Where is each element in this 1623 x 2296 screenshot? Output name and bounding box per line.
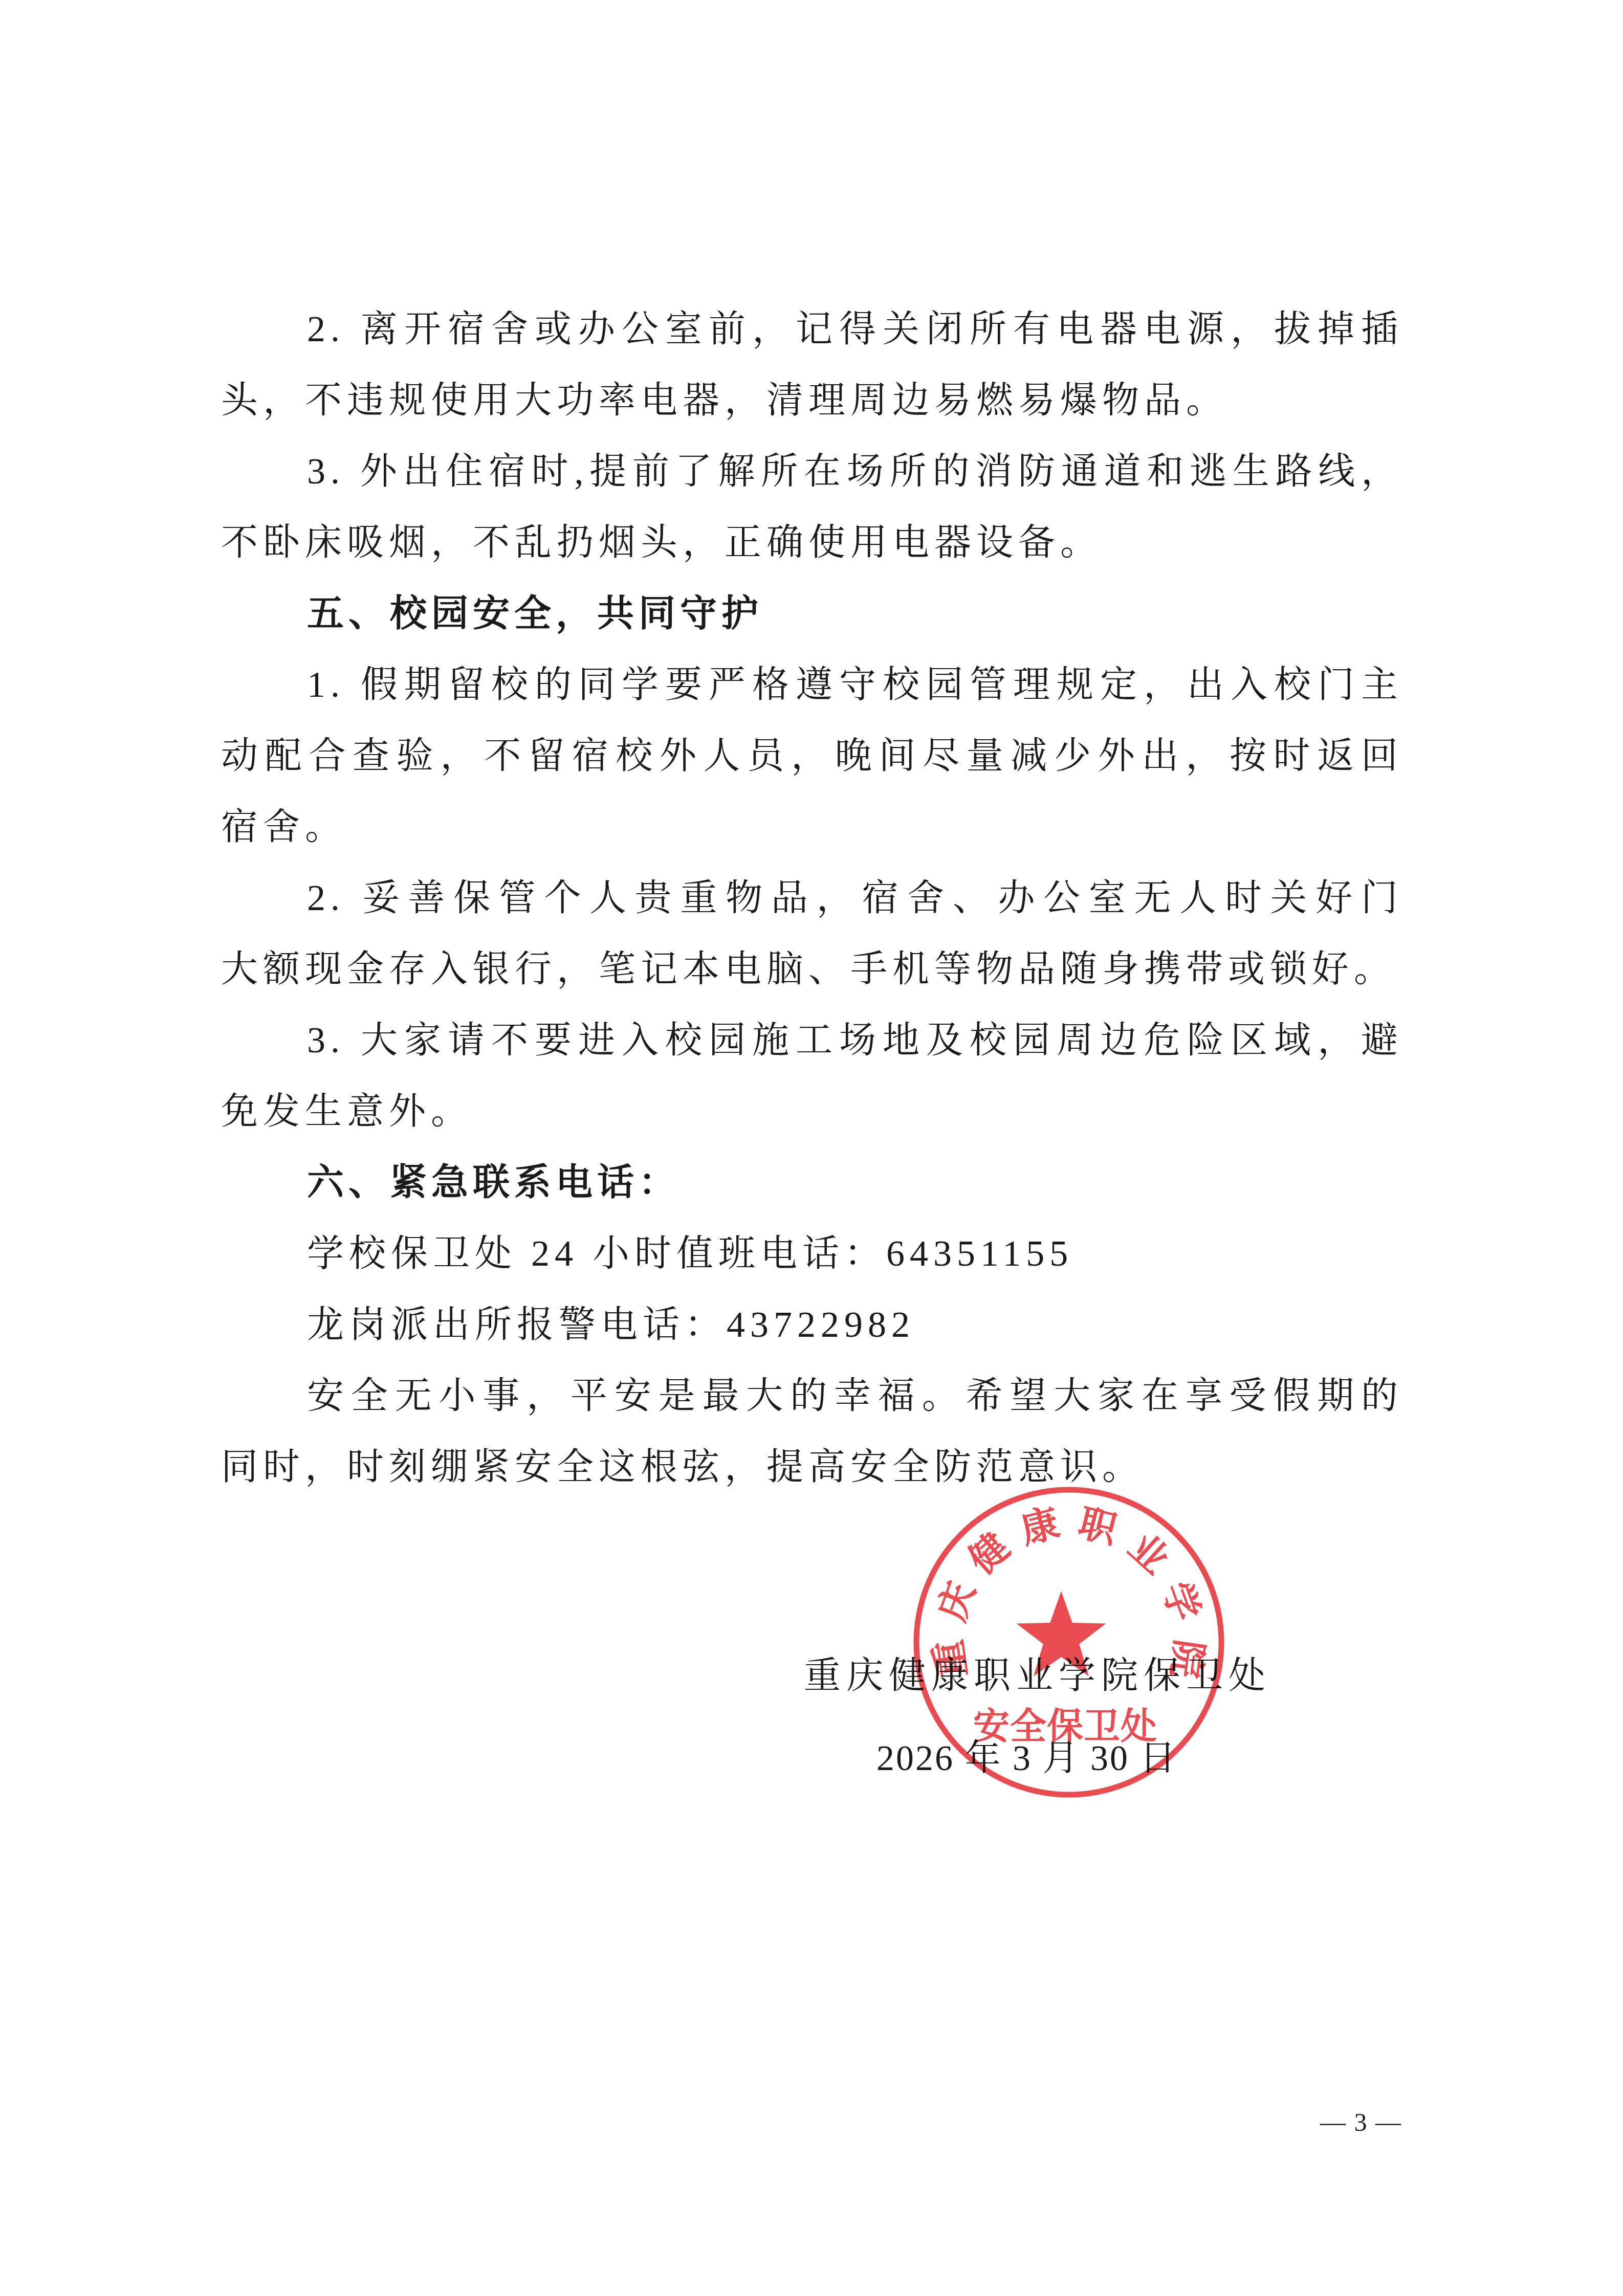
text-line: 同时，时刻绷紧安全这根弦，提高安全防范意识。 [221, 1431, 1403, 1503]
text-line: 2. 离开宿舍或办公室前，记得关闭所有电器电源，拔掉插 [221, 294, 1403, 365]
signature-date: 2026 年 3 月 30 日 [876, 1737, 1177, 1780]
text-line: 安全无小事，平安是最大的幸福。希望大家在享受假期的 [221, 1360, 1403, 1431]
stamp-ring-char: 康 [1017, 1502, 1064, 1552]
paragraph: 学校保卫处 24 小时值班电话：64351155 [221, 1218, 1403, 1289]
section-heading: 五、校园安全，共同守护 [221, 578, 1403, 649]
stamp-ring-char: 健 [961, 1526, 1018, 1582]
text-line: 动配合查验，不留宿校外人员，晚间尽量减少外出，按时返回 [221, 720, 1403, 791]
text-line: 头，不违规使用大功率电器，清理周边易燃易爆物品。 [221, 365, 1403, 436]
stamp-ring-char: 职 [1074, 1502, 1122, 1552]
paragraph: 龙岗派出所报警电话：43722982 [221, 1289, 1403, 1360]
paragraph: 3. 外出住宿时,提前了解所在场所的消防通道和逃生路线，不卧床吸烟，不乱扔烟头，… [221, 436, 1403, 578]
signature-org: 重庆健康职业学院保卫处 [804, 1654, 1271, 1697]
text-line: 宿舍。 [221, 791, 1403, 863]
text-line: 不卧床吸烟，不乱扔烟头，正确使用电器设备。 [221, 507, 1403, 578]
stamp-ring-char: 庆 [931, 1577, 983, 1627]
paragraph: 1. 假期留校的同学要严格遵守校园管理规定，出入校门主动配合查验，不留宿校外人员… [221, 649, 1403, 863]
paragraph: 2. 离开宿舍或办公室前，记得关闭所有电器电源，拔掉插头，不违规使用大功率电器，… [221, 294, 1403, 436]
text-line: 3. 外出住宿时,提前了解所在场所的消防通道和逃生路线， [221, 436, 1403, 507]
stamp-ring-char: 业 [1120, 1526, 1176, 1582]
text-line: 大额现金存入银行，笔记本电脑、手机等物品随身携带或锁好。 [221, 934, 1403, 1005]
document-page: 2. 离开宿舍或办公室前，记得关闭所有电器电源，拔掉插头，不违规使用大功率电器，… [0, 0, 1623, 2296]
paragraph: 2. 妥善保管个人贵重物品，宿舍、办公室无人时关好门窗，大额现金存入银行，笔记本… [221, 863, 1403, 1005]
text-line: 免发生意外。 [221, 1076, 1403, 1147]
section-heading: 六、紧急联系电话： [221, 1147, 1403, 1218]
page-number: — 3 — [1254, 2107, 1468, 2137]
paragraph: 安全无小事，平安是最大的幸福。希望大家在享受假期的同时，时刻绷紧安全这根弦，提高… [221, 1360, 1403, 1503]
text-line: 龙岗派出所报警电话：43722982 [221, 1289, 1403, 1360]
document-body: 2. 离开宿舍或办公室前，记得关闭所有电器电源，拔掉插头，不违规使用大功率电器，… [221, 294, 1403, 1503]
text-line: 2. 妥善保管个人贵重物品，宿舍、办公室无人时关好门窗， [221, 863, 1403, 934]
stamp-ring-char: 学 [1154, 1577, 1207, 1627]
text-line: 五、校园安全，共同守护 [221, 578, 1403, 649]
paragraph: 3. 大家请不要进入校园施工场地及校园周边危险区域，避免发生意外。 [221, 1005, 1403, 1147]
text-line: 学校保卫处 24 小时值班电话：64351155 [221, 1218, 1403, 1289]
text-line: 1. 假期留校的同学要严格遵守校园管理规定，出入校门主 [221, 649, 1403, 720]
text-line: 六、紧急联系电话： [221, 1147, 1403, 1218]
text-line: 3. 大家请不要进入校园施工场地及校园周边危险区域，避 [221, 1005, 1403, 1076]
